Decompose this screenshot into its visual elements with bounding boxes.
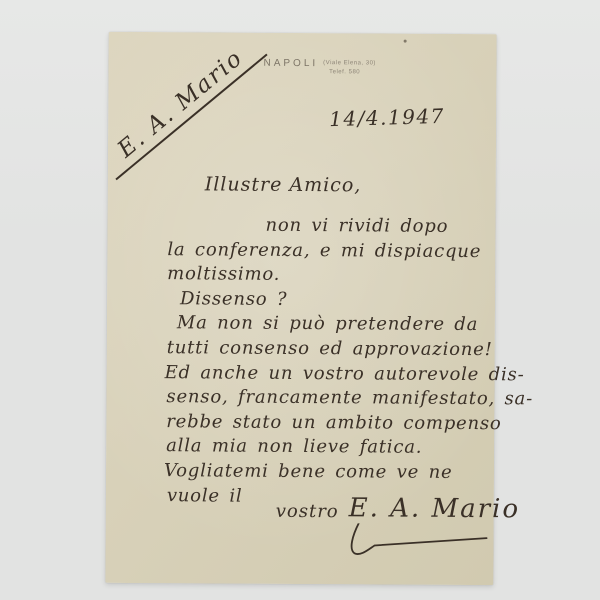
letter-line: Dissenso ? [107, 287, 495, 314]
closing-block: vostro E. A. Mario [276, 493, 520, 524]
letterhead-city: NAPOLI [263, 58, 318, 69]
letter-line: la conferenza, e mi dispiacque [107, 237, 495, 264]
signature: E. A. Mario [349, 493, 521, 524]
letterhead-address: (Viale Elena, 30) [323, 60, 376, 66]
photo-background: E. A. Mario NAPOLI (Viale Elena, 30) Tel… [0, 0, 600, 600]
letterhead-contact: (Viale Elena, 30) Telef. 580 [323, 59, 376, 77]
letter-date: 14/4.1947 [329, 104, 445, 131]
corner-signature: E. A. Mario [97, 31, 268, 180]
letter-line: senso, francamente manifestato, sa- [106, 385, 494, 412]
letterhead: NAPOLI (Viale Elena, 30) Telef. 580 [263, 58, 376, 78]
letter-line: Vogliatemi bene come ve ne [106, 459, 494, 486]
signature-flourish-icon [344, 523, 494, 558]
paper-speck [404, 40, 407, 43]
letterhead-phone: Telef. 580 [323, 69, 360, 75]
letter-line: alla mia non lieve fatica. [106, 434, 494, 461]
letter-line: moltissimo. [107, 262, 495, 289]
letter-paper: E. A. Mario NAPOLI (Viale Elena, 30) Tel… [105, 32, 496, 585]
letter-line: rebbe stato un ambito compenso [106, 410, 494, 437]
signature-name: E. A. Mario [349, 493, 521, 524]
letter-line: Ed anche un vostro autorevole dis- [107, 360, 495, 387]
closing-word: vostro [276, 501, 339, 522]
salutation: Illustre Amico, [205, 173, 362, 196]
letter-line: tutti consenso ed approvazione! [107, 336, 495, 363]
letter-body: non vi rividi dopo la conferenza, e mi d… [106, 213, 496, 510]
letter-line: Ma non si può pretendere da [107, 311, 495, 338]
letter-line: non vi rividi dopo [107, 213, 495, 240]
